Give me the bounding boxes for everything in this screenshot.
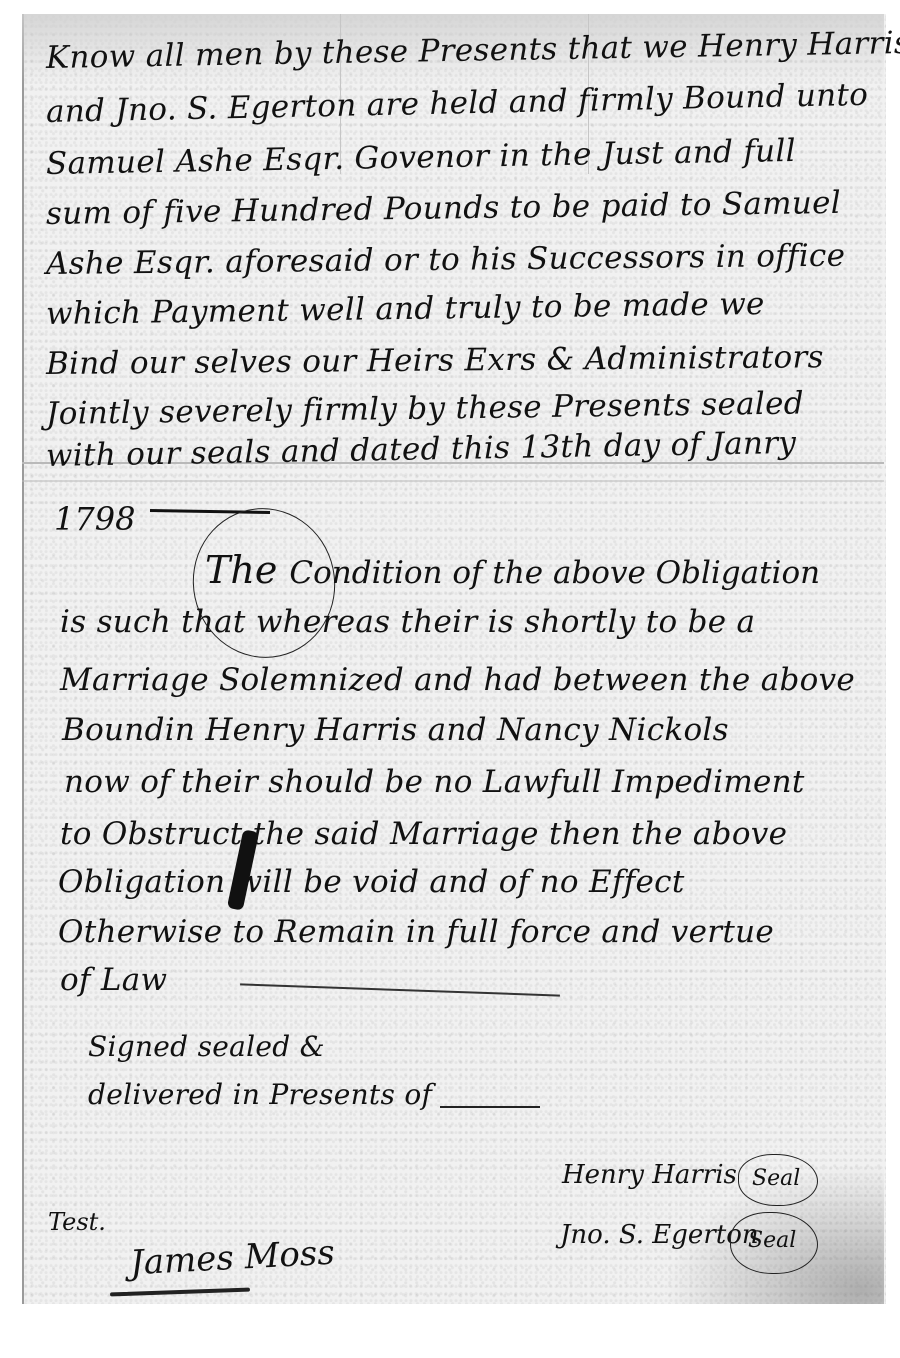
text-line: Bind our selves our Heirs Exrs & Adminis… (46, 339, 824, 382)
year: 1798 (54, 500, 135, 538)
heading-initial: The (205, 548, 277, 592)
seal-label: Seal (752, 1166, 800, 1191)
text-line: of Law (60, 962, 167, 998)
witness-label: Test. (48, 1208, 106, 1236)
signature-egerton: Jno. S. Egerton (560, 1220, 759, 1250)
heading-text: Condition of the above Obligation (289, 555, 820, 591)
fold-line (22, 480, 884, 482)
attestation-line: Signed sealed & (88, 1030, 325, 1063)
attestation-line: delivered in Presents of (88, 1078, 432, 1111)
text-line: is such that whereas their is shortly to… (60, 604, 755, 640)
text-line: to Obstruct the said Marriage then the a… (60, 816, 787, 852)
signature-henry-harris: Henry Harris (562, 1160, 737, 1190)
seal-label: Seal (748, 1228, 796, 1253)
text-line: Otherwise to Remain in full force and ve… (58, 914, 774, 950)
condition-heading: The Condition of the above Obligation (205, 548, 820, 592)
text-line: Obligation will be void and of no Effect (58, 864, 685, 900)
text-line: now of their should be no Lawfull Impedi… (64, 764, 805, 800)
text-line: Marriage Solemnized and had between the … (60, 662, 855, 698)
text-line: Boundin Henry Harris and Nancy Nickols (62, 712, 729, 748)
flourish-line (440, 1106, 540, 1108)
